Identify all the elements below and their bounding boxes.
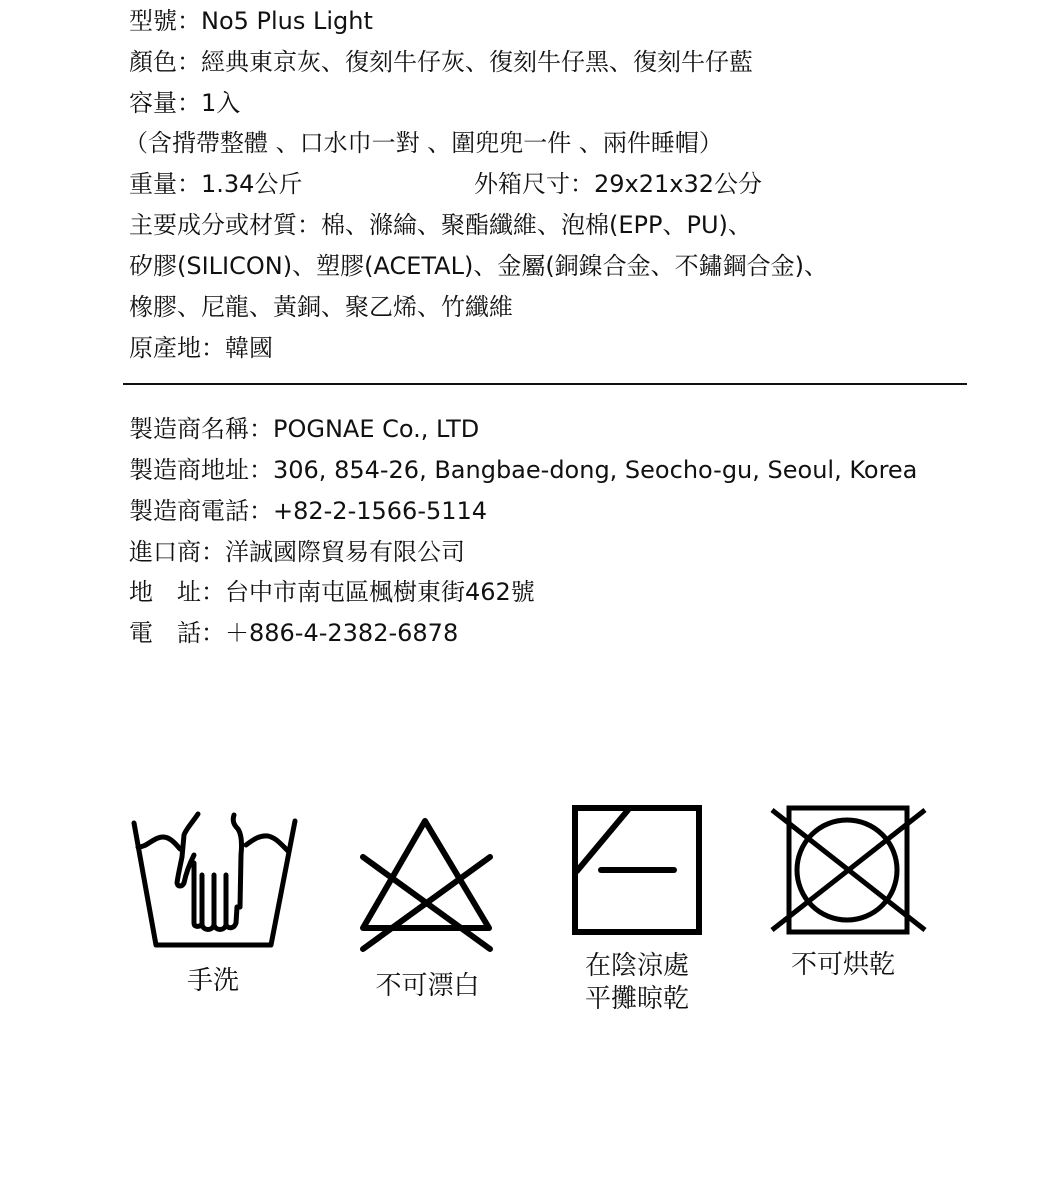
care-label-dry-flat-shade-line1: 在陰涼處 <box>567 949 707 983</box>
origin-line: 原產地：韓國 <box>129 328 273 368</box>
contents-note-line: （含揹帶整體 、口水巾一對 、圍兜兜一件 、兩件睡帽） <box>124 123 723 163</box>
materials-line-2: 矽膠(SILICON)、塑膠(ACETAL)、金屬(銅鎳合金、不鏽鋼合金)、 <box>129 246 828 286</box>
colors-line: 顏色：經典東京灰、復刻牛仔灰、復刻牛仔黑、復刻牛仔藍 <box>129 42 753 82</box>
care-label-hand-wash: 手洗 <box>163 964 263 998</box>
importer-address-line: 地 址：台中市南屯區楓樹東街462號 <box>129 572 535 612</box>
care-label-no-bleach: 不可漂白 <box>355 969 500 1003</box>
importer-phone-line: 電 話：＋886-4-2382-6878 <box>129 613 458 653</box>
no-tumble-dry-icon <box>768 803 930 937</box>
materials-line-1: 主要成分或材質：棉、滌綸、聚酯纖維、泡棉(EPP、PU)、 <box>129 205 752 245</box>
weight-line: 重量：1.34公斤 <box>129 164 302 204</box>
no-bleach-icon <box>355 815 500 955</box>
model-line: 型號：No5 Plus Light <box>129 1 373 41</box>
manufacturer-address-line: 製造商地址：306, 854-26, Bangbae-dong, Seocho-… <box>129 450 917 490</box>
hand-wash-icon <box>128 805 303 955</box>
care-label-dry-flat-shade-line2: 平攤晾乾 <box>567 982 707 1016</box>
box-size-line: 外箱尺寸：29x21x32公分 <box>474 164 762 204</box>
care-label-no-tumble-dry: 不可烘乾 <box>773 948 913 982</box>
importer-name-line: 進口商：洋誠國際貿易有限公司 <box>129 532 465 572</box>
manufacturer-name-line: 製造商名稱：POGNAE Co., LTD <box>129 409 479 449</box>
dry-flat-in-shade-icon <box>570 803 705 938</box>
manufacturer-phone-line: 製造商電話：+82-2-1566-5114 <box>129 491 487 531</box>
capacity-line: 容量：1入 <box>129 83 240 123</box>
section-divider <box>123 383 967 385</box>
materials-line-3: 橡膠、尼龍、黃銅、聚乙烯、竹纖維 <box>129 287 513 327</box>
